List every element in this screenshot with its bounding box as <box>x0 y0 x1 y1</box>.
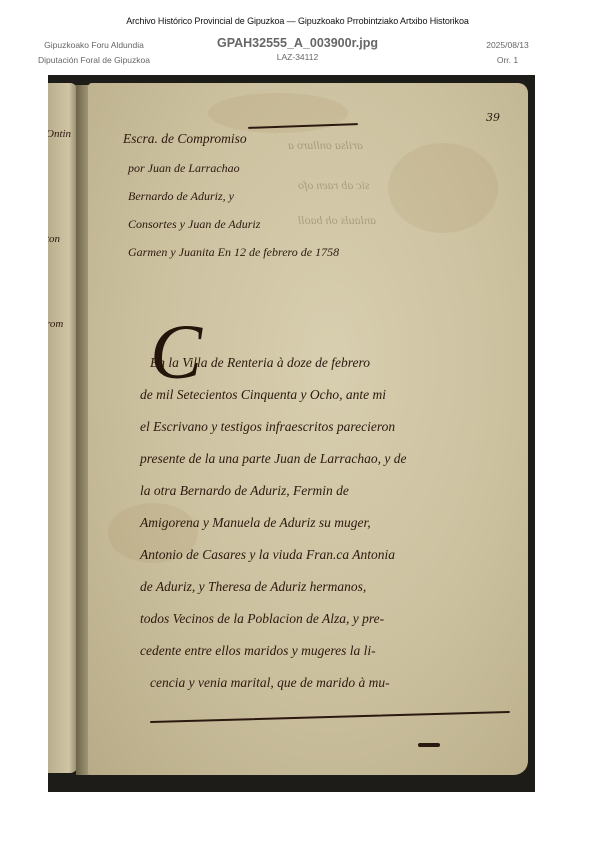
body-line: cedente entre ellos maridos y mugeres la… <box>140 643 376 659</box>
institution-name-basque: Gipuzkoako Foru Aldundia <box>24 38 164 53</box>
closing-rule <box>150 711 510 723</box>
archive-header-title: Archivo Histórico Provincial de Gipuzkoa… <box>0 16 595 26</box>
manuscript-page: 39 arilsa onlluro a sic ab raen ofo anla… <box>88 83 528 775</box>
manuscript-scan-image: Ontin ton rom 39 arilsa onlluro a sic ab… <box>48 75 535 792</box>
body-line: cencia y venia marital, que de marido à … <box>150 675 390 691</box>
institution-block: Gipuzkoako Foru Aldundia Diputación Fora… <box>24 38 164 68</box>
heading-line: por Juan de Larrachao <box>128 161 240 176</box>
heading-line: Garmen y Juanita En 12 de febrero de 175… <box>128 245 339 260</box>
date-page-block: 2025/08/13 Orr. 1 <box>470 38 545 68</box>
heading-line: Consortes y Juan de Aduriz <box>128 217 260 232</box>
body-line: Amigorena y Manuela de Aduriz su muger, <box>140 515 371 531</box>
institution-name-spanish: Diputación Foral de Gipuzkoa <box>24 53 164 68</box>
body-line: Antonio de Casares y la viuda Fran.ca An… <box>140 547 395 563</box>
body-line: presente de la una parte Juan de Larrach… <box>140 451 406 467</box>
body-line: la otra Bernardo de Aduriz, Fermin de <box>140 483 349 499</box>
heading-line: Bernardo de Aduriz, y <box>128 189 234 204</box>
margin-fragment: ton <box>48 233 60 245</box>
page-number: Orr. 1 <box>470 53 545 68</box>
body-line: todos Vecinos de la Poblacion de Alza, y… <box>140 611 384 627</box>
file-info-block: GPAH32555_A_003900r.jpg LAZ-34112 <box>200 36 395 64</box>
body-line: de Aduriz, y Theresa de Aduriz hermanos, <box>140 579 366 595</box>
scan-date: 2025/08/13 <box>470 38 545 53</box>
file-name: GPAH32555_A_003900r.jpg <box>200 36 395 50</box>
body-line: de mil Setecientos Cinquenta y Ocho, ant… <box>140 387 386 403</box>
adjacent-page-edge: Ontin ton rom <box>48 83 78 773</box>
decorative-initial: C <box>150 313 202 391</box>
margin-fragment: rom <box>48 318 63 330</box>
heading-line: Escra. de Compromiso <box>123 131 247 147</box>
body-line: el Escrivano y testigos infraescritos pa… <box>140 419 395 435</box>
margin-fragment: Ontin <box>48 128 71 140</box>
folio-number: 39 <box>486 111 500 124</box>
body-line: En la Villa de Renteria à doze de febrer… <box>150 355 370 371</box>
reference-code: LAZ-34112 <box>200 50 395 64</box>
ink-mark <box>418 743 440 747</box>
